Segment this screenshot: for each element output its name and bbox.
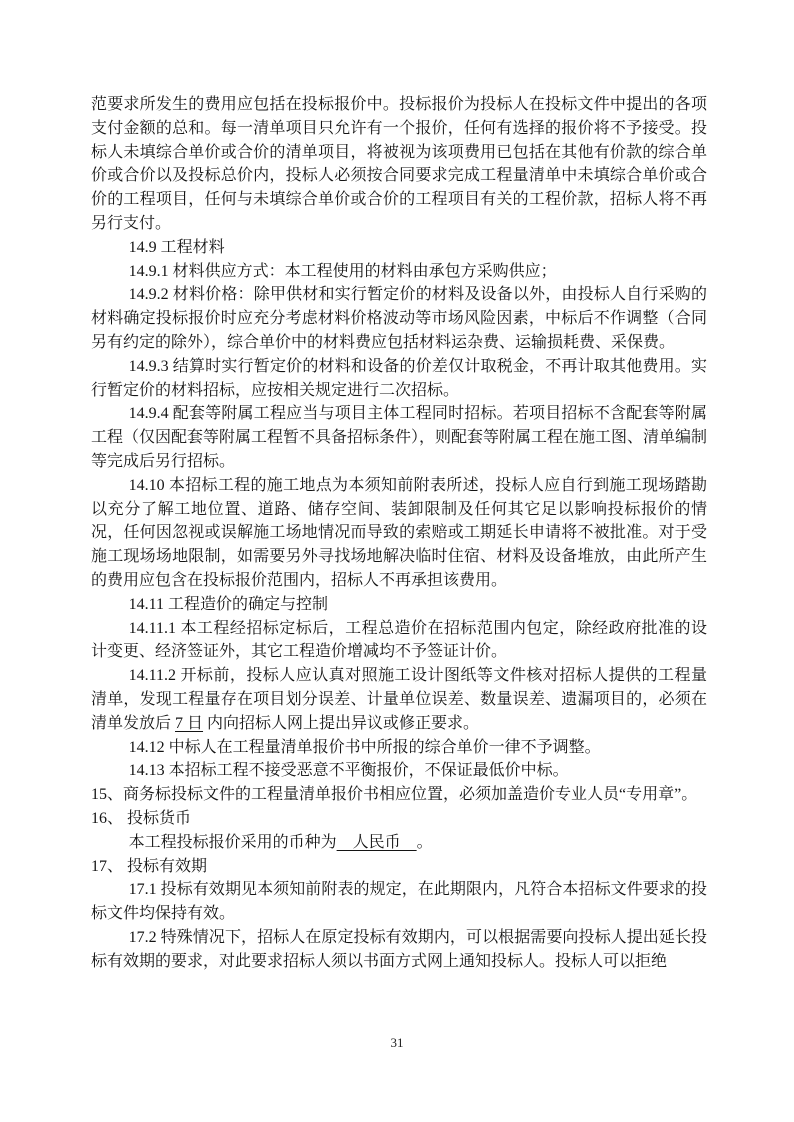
paragraph-14-9-2: 14.9.2 材料价格：除甲供材和实行暂定价的材料及设备以外，由投标人自行采购的…	[91, 283, 707, 354]
heading-16: 16、 投标货币	[91, 807, 707, 831]
paragraph-text: 14.9.4 配套等附属工程应当与项目主体工程同时招标。若项目招标不含配套等附属…	[91, 405, 707, 470]
paragraph-text: 17.1 投标有效期见本须知前附表的规定，在此期限内，凡符合本招标文件要求的投标…	[91, 881, 707, 922]
paragraph-text: 范要求所发生的费用应包括在投标报价中。投标报价为投标人在投标文件中提出的各项支付…	[91, 96, 707, 232]
heading-text: 17、 投标有效期	[91, 858, 207, 875]
paragraph-text: 14.9.1 材料供应方式：本工程使用的材料由承包方采购供应；	[129, 263, 557, 280]
paragraph-16-currency: 本工程投标报价采用的币种为 人民币 。	[91, 831, 707, 855]
heading-17: 17、 投标有效期	[91, 855, 707, 879]
paragraph-14-12: 14.12 中标人在工程量清单报价书中所报的综合单价一律不予调整。	[91, 736, 707, 760]
paragraph-text: 14.9.2 材料价格：除甲供材和实行暂定价的材料及设备以外，由投标人自行采购的…	[91, 286, 707, 351]
heading-text: 14.9 工程材料	[129, 239, 225, 256]
paragraph-text: 17.2 特殊情况下，招标人在原定投标有效期内，可以根据需要向投标人提出延长投标…	[91, 929, 707, 970]
heading-text: 16、 投标货币	[91, 810, 191, 827]
paragraph-text: 14.9.3 结算时实行暂定价的材料和设备的价差仅计取税金，不再计取其他费用。实…	[91, 358, 707, 399]
document-page: 范要求所发生的费用应包括在投标报价中。投标报价为投标人在投标文件中提出的各项支付…	[0, 0, 794, 1122]
paragraph-continuation: 范要求所发生的费用应包括在投标报价中。投标报价为投标人在投标文件中提出的各项支付…	[91, 93, 707, 236]
paragraph-text: 本工程投标报价采用的币种为	[129, 834, 337, 851]
paragraph-text: 15、商务标投标文件的工程量清单报价书相应位置，必须加盖造价专业人员“专用章”。	[91, 786, 697, 803]
paragraph-14-13: 14.13 本招标工程不接受恶意不平衡报价，不保证最低价中标。	[91, 759, 707, 783]
paragraph-14-11-2: 14.11.2 开标前，投标人应认真对照施工设计图纸等文件核对招标人提供的工程量…	[91, 664, 707, 735]
paragraph-text: 14.12 中标人在工程量清单报价书中所报的综合单价一律不予调整。	[129, 739, 601, 756]
underlined-deadline-value: 7 日	[175, 715, 203, 732]
paragraph-14-9-1: 14.9.1 材料供应方式：本工程使用的材料由承包方采购供应；	[91, 260, 707, 284]
underlined-currency-value: 人民币	[337, 834, 417, 851]
paragraph-14-10: 14.10 本招标工程的施工地点为本须知前附表所述，投标人应自行到施工现场踏勘以…	[91, 474, 707, 593]
heading-14-9: 14.9 工程材料	[91, 236, 707, 260]
document-body: 范要求所发生的费用应包括在投标报价中。投标报价为投标人在投标文件中提出的各项支付…	[91, 93, 707, 973]
heading-14-11: 14.11 工程造价的确定与控制	[91, 593, 707, 617]
paragraph-text: 14.13 本招标工程不接受恶意不平衡报价，不保证最低价中标。	[129, 762, 569, 779]
heading-text: 14.11 工程造价的确定与控制	[129, 596, 328, 613]
paragraph-text: 14.11.1 本工程经招标定标后，工程总造价在招标范围内包定，除经政府批准的设…	[91, 620, 707, 661]
paragraph-14-9-3: 14.9.3 结算时实行暂定价的材料和设备的价差仅计取税金，不再计取其他费用。实…	[91, 355, 707, 403]
paragraph-17-1: 17.1 投标有效期见本须知前附表的规定，在此期限内，凡符合本招标文件要求的投标…	[91, 878, 707, 926]
paragraph-14-9-4: 14.9.4 配套等附属工程应当与项目主体工程同时招标。若项目招标不含配套等附属…	[91, 402, 707, 473]
paragraph-15: 15、商务标投标文件的工程量清单报价书相应位置，必须加盖造价专业人员“专用章”。	[91, 783, 707, 807]
paragraph-17-2: 17.2 特殊情况下，招标人在原定投标有效期内，可以根据需要向投标人提出延长投标…	[91, 926, 707, 974]
paragraph-text: 14.10 本招标工程的施工地点为本须知前附表所述，投标人应自行到施工现场踏勘以…	[91, 477, 707, 589]
paragraph-14-11-1: 14.11.1 本工程经招标定标后，工程总造价在招标范围内包定，除经政府批准的设…	[91, 617, 707, 665]
paragraph-text: 内向招标人网上提出异议或修正要求。	[203, 715, 479, 732]
page-number: 31	[0, 1035, 794, 1051]
paragraph-text: 。	[417, 834, 433, 851]
